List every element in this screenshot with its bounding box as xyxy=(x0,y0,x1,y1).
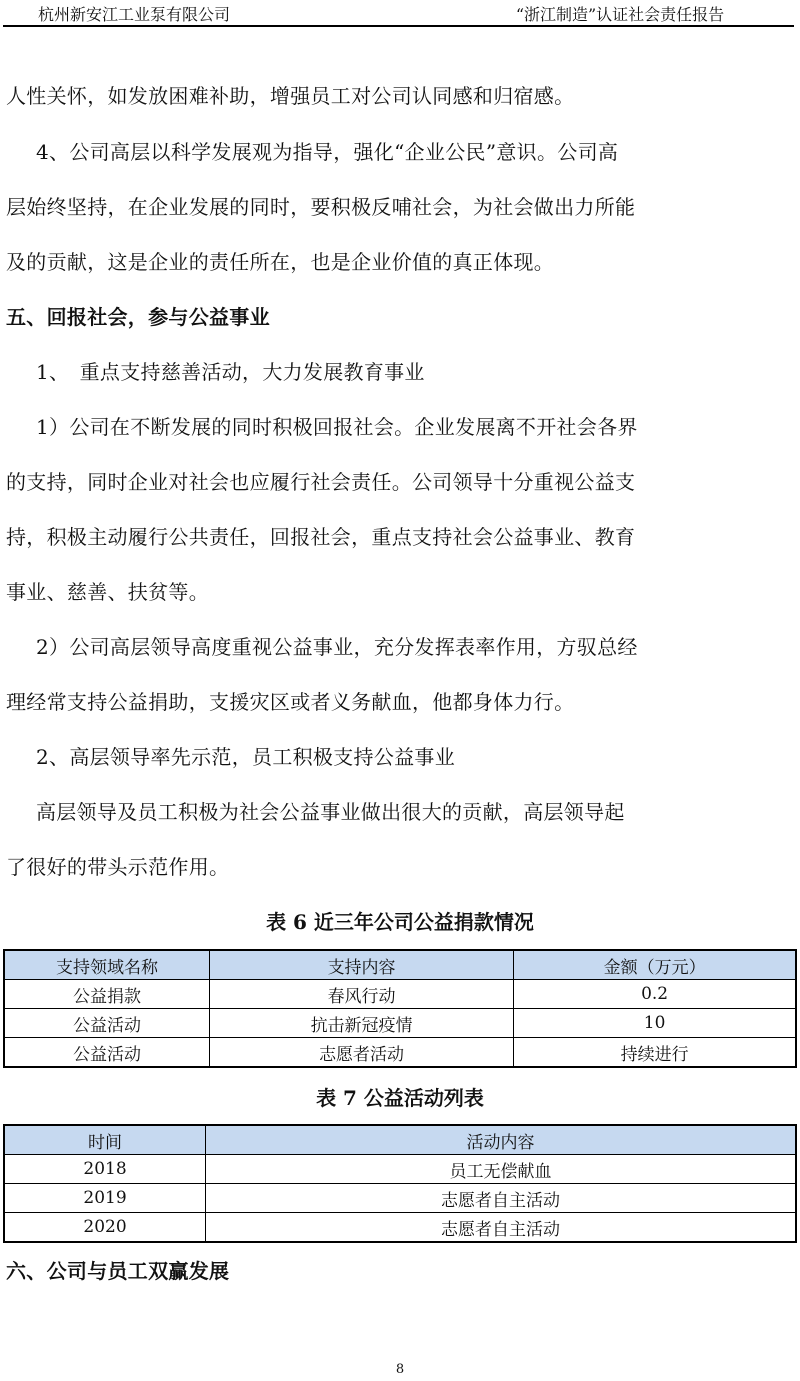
paragraph-line: 了很好的带头示范作用。 xyxy=(6,853,229,881)
page-header: 杭州新安江工业泵有限公司 “浙江制造”认证社会责任报告 xyxy=(0,0,800,26)
table-cell: 志愿者自主活动 xyxy=(206,1184,796,1213)
subsection-heading: 1、 重点支持慈善活动，大力发展教育事业 xyxy=(36,358,425,386)
paragraph-line: 层始终坚持，在企业发展的同时，要积极反哺社会，为社会做出力所能 xyxy=(6,193,635,221)
table-cell: 志愿者自主活动 xyxy=(206,1213,796,1243)
table-cell: 持续进行 xyxy=(514,1038,796,1068)
table-cell: 公益捐款 xyxy=(4,980,209,1009)
table-cell: 2018 xyxy=(4,1155,206,1184)
table-cell: 2019 xyxy=(4,1184,206,1213)
table-row: 2020 志愿者自主活动 xyxy=(4,1213,796,1243)
paragraph-line: 的支持，同时企业对社会也应履行社会责任。公司领导十分重视公益支 xyxy=(6,468,635,496)
paragraph-line: 及的贡献，这是企业的责任所在，也是企业价值的真正体现。 xyxy=(6,248,554,276)
table-cell: 春风行动 xyxy=(209,980,513,1009)
table-donations: 支持领域名称 支持内容 金额（万元） 公益捐款 春风行动 0.2 公益活动 抗击… xyxy=(3,949,797,1068)
section-heading-six: 六、公司与员工双赢发展 xyxy=(6,1257,229,1285)
table7-caption: 表 7 公益活动列表 xyxy=(0,1082,800,1111)
table-cell: 抗击新冠疫情 xyxy=(209,1009,513,1038)
column-header: 活动内容 xyxy=(206,1125,796,1155)
table-header-row: 支持领域名称 支持内容 金额（万元） xyxy=(4,950,796,980)
header-divider xyxy=(3,25,794,27)
paragraph-line: 理经常支持公益捐助，支援灾区或者义务献血，他都身体力行。 xyxy=(6,688,574,716)
paragraph-line: 1）公司在不断发展的同时积极回报社会。企业发展离不开社会各界 xyxy=(36,413,638,441)
subsection-heading: 2、高层领导率先示范，员工积极支持公益事业 xyxy=(36,743,455,771)
table-activities: 时间 活动内容 2018 员工无偿献血 2019 志愿者自主活动 2020 志愿… xyxy=(3,1124,797,1243)
table-cell: 0.2 xyxy=(514,980,796,1009)
paragraph-line: 2）公司高层领导高度重视公益事业，充分发挥表率作用，方驭总经 xyxy=(36,633,638,661)
table-cell: 10 xyxy=(514,1009,796,1038)
column-header: 支持领域名称 xyxy=(4,950,209,980)
section-heading-five: 五、回报社会，参与公益事业 xyxy=(6,303,270,331)
table-cell: 公益活动 xyxy=(4,1009,209,1038)
table6-caption: 表 6 近三年公司公益捐款情况 xyxy=(0,906,800,935)
column-header: 时间 xyxy=(4,1125,206,1155)
paragraph-line: 事业、慈善、扶贫等。 xyxy=(6,578,209,606)
table-header-row: 时间 活动内容 xyxy=(4,1125,796,1155)
table-cell: 2020 xyxy=(4,1213,206,1243)
table-cell: 公益活动 xyxy=(4,1038,209,1068)
table-row: 公益活动 志愿者活动 持续进行 xyxy=(4,1038,796,1068)
table-cell: 员工无偿献血 xyxy=(206,1155,796,1184)
header-report-title: “浙江制造”认证社会责任报告 xyxy=(450,2,790,25)
paragraph-line: 高层领导及员工积极为社会公益事业做出很大的贡献，高层领导起 xyxy=(36,798,625,826)
column-header: 金额（万元） xyxy=(514,950,796,980)
paragraph-line: 4、公司高层以科学发展观为指导，强化“企业公民”意识。公司高 xyxy=(36,138,618,166)
table-row: 2019 志愿者自主活动 xyxy=(4,1184,796,1213)
column-header: 支持内容 xyxy=(209,950,513,980)
table-row: 公益活动 抗击新冠疫情 10 xyxy=(4,1009,796,1038)
table-row: 公益捐款 春风行动 0.2 xyxy=(4,980,796,1009)
paragraph-line: 持，积极主动履行公共责任，回报社会，重点支持社会公益事业、教育 xyxy=(6,523,635,551)
header-company: 杭州新安江工业泵有限公司 xyxy=(38,2,230,25)
table-cell: 志愿者活动 xyxy=(209,1038,513,1068)
paragraph-line: 人性关怀，如发放困难补助，增强员工对公司认同感和归宿感。 xyxy=(6,82,574,110)
page-number: 8 xyxy=(0,1362,800,1377)
table-row: 2018 员工无偿献血 xyxy=(4,1155,796,1184)
